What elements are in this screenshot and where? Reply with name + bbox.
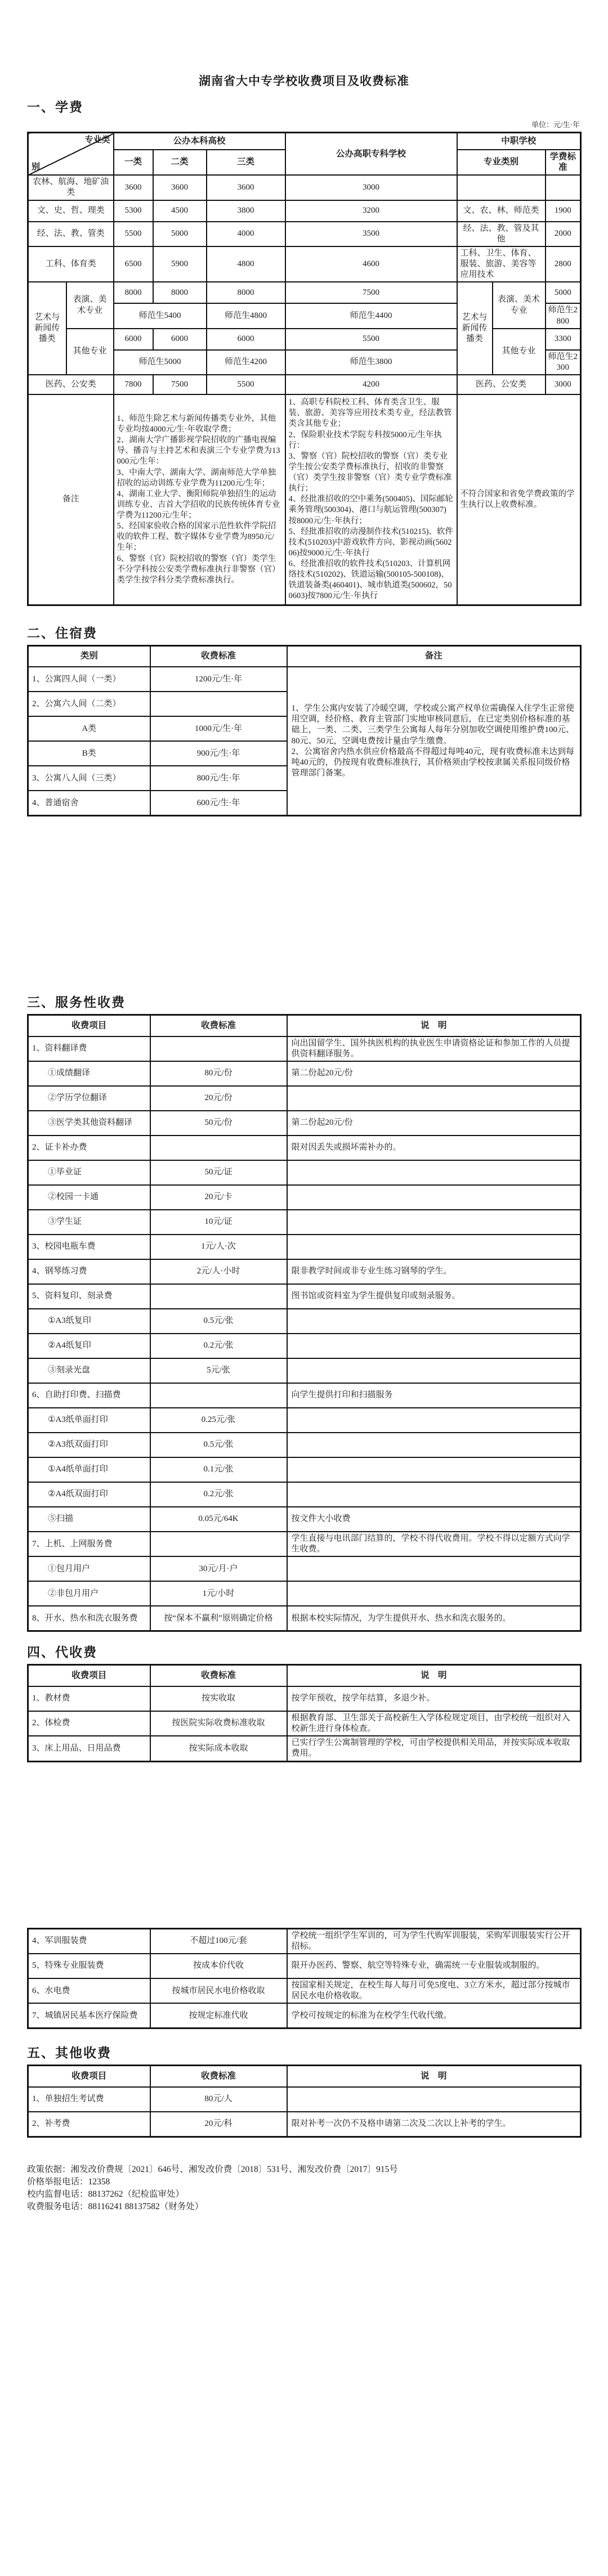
fee-service-line: 收费服务电话：88116241 88137582（财务处） [27,2201,581,2213]
fee-item-label: 5、特殊专业服装费 [28,1954,150,1978]
fee-value: 5500 [114,222,153,246]
fee-note: 向出国留学生、国外执医机构的执业医生申请资格论证和参加工作的人员提供资料翻译服务… [287,1036,581,1061]
fee-standard-value [150,1284,287,1309]
table-row: 6、自助打印费、扫描费向学生提供打印和扫描服务 [28,1383,581,1408]
tuition-table: 专业类 别 公办本科高校 公办高职专科学校 中职学校 一类 二类 三类 专业类别… [27,132,582,606]
table-row: ①A3纸单面打印0.25元/张 [28,1408,581,1433]
column-header-remark: 备注 [287,645,581,667]
section-heading-accommodation: 二、住宿费 [27,623,581,641]
fee-item-label: B类 [28,741,150,766]
fee-value [546,175,581,200]
table-header-row: 收费项目 收费标准 说 明 [28,1665,581,1686]
fee-standard-value: 5元/张 [150,1358,287,1383]
fee-standard-value [150,1532,287,1556]
fee-value: 4000 [207,222,285,246]
fee-value: 1900 [546,200,581,222]
tuition-remark-row: 备注 1、师范生除艺术与新闻传播类专业外，其他专业均按4000元/生·年收取学费… [28,394,581,605]
policy-basis-line: 政策依据：湘发改价费规〔2021〕646号、湘发改价费〔2018〕531号、湘发… [27,2164,581,2176]
fee-standard-value: 0.5元/张 [150,1309,287,1334]
major-sub-label: 其他专业 [66,329,114,375]
fee-item-label: ②A4纸复印 [28,1334,150,1358]
secondary-major-label: 文、农、林、师范类 [457,200,546,222]
table-row: ③医学类其他资料翻译50元/份第二份起20元/份 [28,1111,581,1136]
table-row: ②校园一卡通20元/卡 [28,1185,581,1210]
fee-note: 限非教学时间或非专业生练习钢琴的学生。 [287,1259,581,1284]
fee-note: 限对因丢失或损坏需补办的。 [287,1136,581,1160]
table-row: ②A3纸双面打印0.5元/张 [28,1433,581,1457]
column-header-item: 收费项目 [28,2066,150,2087]
secondary-major-label: 医药、公安类 [457,375,546,394]
fee-standard-value: 不超过100元/套 [150,1928,287,1954]
table-row: ①包月用户30元/月·户 [28,1556,581,1581]
fee-standard-value: 600元/生·年 [150,791,287,816]
fee-item-label: 4、普通宿舍 [28,791,150,816]
major-label: 文、史、哲、理类 [28,200,114,222]
diagonal-header-cell: 专业类 别 [28,133,114,176]
fee-note [287,1160,581,1185]
fee-item-label: 3、校园电瓶车费 [28,1235,150,1259]
fee-value: 4500 [153,200,207,222]
fee-item-label: 4、军训服装费 [28,1928,150,1954]
fee-note [287,1235,581,1259]
fee-note: 限对补考一次仍不及格申请第二次及二次以上补考的学生。 [287,2112,581,2137]
fee-standard-value: 900元/生·年 [150,741,287,766]
table-header-row: 收费项目 收费标准 说 明 [28,1015,581,1036]
fee-item-label: A类 [28,716,150,741]
column-header-category: 类别 [28,645,150,667]
fee-value: 4600 [285,246,457,282]
fee-standard-value: 0.2元/张 [150,1482,287,1507]
table-row: ①A3纸复印0.5元/张 [28,1309,581,1334]
fee-item-label: ①毕业证 [28,1160,150,1185]
secondary-major-group-label: 艺术与新闻传播类 [457,282,493,375]
price-hotline-line: 价格举报电话：12358 [27,2176,581,2188]
fee-value: 8000 [114,282,153,303]
fee-note [287,1185,581,1210]
fee-note: 学生直接与电讯部门结算的，学校不得代收费用。学校不得以定额方式向学生收费。 [287,1532,581,1556]
fee-value: 4200 [285,375,457,394]
fee-item-label: 2、证卡补办费 [28,1136,150,1160]
fee-value: 师范生4200 [207,350,285,375]
fee-item-label: ③学生证 [28,1210,150,1235]
table-row: 工科、体育类 6500 5900 4800 4600 工科、卫生、体育、服装、旅… [28,246,581,282]
fee-note [287,2087,581,2112]
fee-value: 7800 [114,375,153,394]
fee-value: 3500 [285,222,457,246]
fee-value: 师范生3800 [285,350,457,375]
fee-standard-value: 0.1元/张 [150,1457,287,1482]
fee-item-label: 4、钢琴练习费 [28,1259,150,1284]
fee-note: 图书馆或资料室为学生提供复印或刻录服务。 [287,1284,581,1309]
table-row: ①毕业证50元/证 [28,1160,581,1185]
table-row: 5、资料复印、刻录费图书馆或资料室为学生提供复印或刻录服务。 [28,1284,581,1309]
unit-note: 单位：元/生·年 [27,119,580,129]
fee-standard-value: 0.2元/张 [150,1334,287,1358]
fee-standard-value: 按规定标准代收 [150,2003,287,2029]
table-row: 7、城镇居民基本医疗保险费按规定标准代收学校可按规定的标准为在校学生代收代缴。 [28,2003,581,2029]
fee-standard-value: 1200元/生·年 [150,667,287,692]
fee-standard-value: 按医院实际收费标准收取 [150,1711,287,1736]
fee-value: 师范生5400 [114,303,207,328]
fee-value: 8000 [153,282,207,303]
table-row: 1、资料翻译费向出国留学生、国外执医机构的执业医生申请资格论证和参加工作的人员提… [28,1036,581,1061]
fee-item-label: ①包月用户 [28,1556,150,1581]
table-row: ③学生证10元/证 [28,1210,581,1235]
major-label: 农林、航海、地矿油类 [28,175,114,200]
remark-secondary: 不符合国家和省免学费政策的学生执行以上收费标准。 [457,394,581,605]
header-vocational-colleges: 公办高职专科学校 [285,133,457,176]
fee-value: 6000 [153,329,207,350]
fee-value: 师范生2800 [546,303,581,328]
fee-value: 3600 [207,175,285,200]
table-row: ②A4纸复印0.2元/张 [28,1334,581,1358]
table-row: 3、床上用品、日用品费按实际成本收取已实行学生公寓制管理的学校，可由学校提供相关… [28,1736,581,1761]
fee-item-label: ⑤扫描 [28,1507,150,1532]
fee-standard-value: 10元/证 [150,1210,287,1235]
fee-item-label: 3、床上用品、日用品费 [28,1736,150,1761]
fee-value: 3300 [546,329,581,350]
secondary-major-sub-label: 表演、美术专业 [493,282,546,328]
fee-value: 师范生4400 [285,303,457,328]
table-row: 5、特殊专业服装费按成本价代收限开办医药、警察、航空等特殊专业，确需统一专业服装… [28,1954,581,1978]
fee-item-label: 7、城镇居民基本医疗保险费 [28,2003,150,2029]
remark-universities: 1、师范生除艺术与新闻传播类专业外，其他专业均按4000元/生·年收取学费； 2… [114,394,285,605]
column-header-description: 说 明 [287,1665,581,1686]
table-row: 4、钢琴练习费2元/人·小时限非教学时间或非专业生练习钢琴的学生。 [28,1259,581,1284]
fee-standard-value: 20元/份 [150,1086,287,1111]
fee-note: 第二份起20元/份 [287,1111,581,1136]
fee-item-label: ③医学类其他资料翻译 [28,1111,150,1136]
fee-standard-value: 50元/份 [150,1111,287,1136]
fee-value: 3000 [285,175,457,200]
fee-note [287,1408,581,1433]
table-row: 2、证卡补办费限对因丢失或损坏需补办的。 [28,1136,581,1160]
fee-note: 根据本校实际情况，为学生提供开水、热水和洗衣服务的。 [287,1606,581,1631]
table-row: 医药、公安类 7800 7500 5500 4200 医药、公安类 3000 [28,375,581,394]
secondary-major-sub-label: 其他专业 [493,329,546,375]
fee-standard-value [150,692,287,716]
fee-item-label: 6、水电费 [28,1978,150,2003]
fee-note [287,1210,581,1235]
column-header-standard: 收费标准 [150,1015,287,1036]
fee-standard-value [150,1383,287,1408]
header-secondary-major: 专业类别 [457,150,546,176]
fee-item-label: 7、上机、上网服务费 [28,1532,150,1556]
major-label: 经、法、教、管类 [28,222,114,246]
fee-standard-value: 按实际成本收取 [150,1736,287,1761]
column-header-item: 收费项目 [28,1665,150,1686]
service-fees-table: 收费项目 收费标准 说 明 1、资料翻译费向出国留学生、国外执医机构的执业医生申… [27,1014,582,1632]
section-heading-other-fees: 五、其他收费 [27,2043,581,2061]
fee-value: 3000 [546,375,581,394]
fee-item-label: ②A4纸双面打印 [28,1482,150,1507]
fee-note [287,1581,581,1606]
table-header-row: 收费项目 收费标准 说 明 [28,2066,581,2087]
fee-note: 按文件大小收费 [287,1507,581,1532]
fee-value: 5500 [207,375,285,394]
fee-note: 按学年预收，按学年结算，多退少补。 [287,1686,581,1711]
header-class-2: 二类 [153,150,207,176]
table-row: ①成绩翻译80元/份第二份起20元/份 [28,1061,581,1086]
fee-value: 7500 [153,375,207,394]
fee-standard-value: 0.25元/张 [150,1408,287,1433]
fee-item-label: 1、单独招生考试费 [28,2087,150,2112]
document-footer: 政策依据：湘发改价费规〔2021〕646号、湘发改价费〔2018〕531号、湘发… [27,2164,581,2213]
table-row: 6、水电费按城市居民水电价格收取按国家相关规定，在校生每人每月可免5度电、3立方… [28,1978,581,2003]
fee-standard-value: 按实收取 [150,1686,287,1711]
fee-note: 学校统一组织学生军训的，可为学生代购军训服装，采购军训服装实行公开招标。 [287,1928,581,1954]
fee-item-label: ③刻录光盘 [28,1358,150,1383]
fee-value: 3600 [153,175,207,200]
fee-value: 6500 [114,246,153,282]
header-secondary-schools: 中职学校 [457,133,581,150]
table-row: 8、开水、热水和洗衣服务费按“保本不赢利”原则确定价格根据本校实际情况，为学生提… [28,1606,581,1631]
table-row: 艺术与新闻传播类 表演、美术专业 8000 8000 8000 7500 艺术与… [28,282,581,303]
fee-item-label: 6、自助打印费、扫描费 [28,1383,150,1408]
diagonal-header-top: 专业类 [84,135,110,146]
column-header-description: 说 明 [287,2066,581,2087]
fee-value: 3200 [285,200,457,222]
table-row: 2、补考费20元/科限对补考一次仍不及格申请第二次及二次以上补考的学生。 [28,2112,581,2137]
remark-vocational: 1、高职专科院校工科、体育类含卫生、服装、旅游、美容等应用技术类专业，经法教管类… [285,394,457,605]
other-fees-table: 收费项目 收费标准 说 明 1、单独招生考试费80元/人2、补考费20元/科限对… [27,2065,582,2138]
column-header-standard: 收费标准 [150,2066,287,2087]
fee-standard-value: 80元/人 [150,2087,287,2112]
fee-item-label: 8、开水、热水和洗衣服务费 [28,1606,150,1631]
table-row: 农林、航海、地矿油类 3600 3600 3600 3000 [28,175,581,200]
fee-item-label: 1、公寓四人间（一类） [28,667,150,692]
section-heading-service-fees: 三、服务性收费 [27,992,581,1011]
fee-item-label: ②非包月用户 [28,1581,150,1606]
fee-value: 5000 [546,282,581,303]
section-heading-tuition: 一、学费 [27,97,581,115]
table-row: ②非包月用户1元/小时 [28,1581,581,1606]
fee-value: 师范生5000 [114,350,207,375]
secondary-major-label: 经、法、教、管及其他 [457,222,546,246]
fee-standard-value: 800元/生·年 [150,766,287,791]
fee-item-label: 2、体检费 [28,1711,150,1736]
fee-value: 师范生4800 [207,303,285,328]
school-supervision-line: 校内监督电话：88137262（纪检监审处） [27,2188,581,2201]
fee-value: 3800 [207,200,285,222]
fee-standard-value: 0.5元/张 [150,1433,287,1457]
fee-item-label: 3、公寓八人间（三类） [28,766,150,791]
fee-note: 根据教育部、卫生部关于高校新生入学体检规定项目，由学校统一组织对入校新生进行身体… [287,1711,581,1736]
fee-value: 2000 [546,222,581,246]
fee-value: 5300 [114,200,153,222]
column-header-item: 收费项目 [28,1015,150,1036]
fee-item-label: 2、公寓六人间（二类） [28,692,150,716]
table-row: 1、教材费按实收取按学年预收，按学年结算，多退少补。 [28,1686,581,1711]
table-row: ⑤扫描0.05元/64K按文件大小收费 [28,1507,581,1532]
header-class-3: 三类 [207,150,285,176]
fee-value: 3600 [114,175,153,200]
collection-fees-table-part1: 收费项目 收费标准 说 明 1、教材费按实收取按学年预收，按学年结算，多退少补。… [27,1664,582,1762]
fee-note [287,1457,581,1482]
fee-standard-value [150,1136,287,1160]
fee-standard-value: 1元/人·次 [150,1235,287,1259]
fee-standard-value: 20元/科 [150,2112,287,2137]
accommodation-table: 类别 收费标准 备注 1、公寓四人间（一类）1200元/生·年1、学生公寓内安装… [27,645,582,817]
secondary-major-label: 工科、卫生、体育、服装、旅游、美容等应用技术 [457,246,546,282]
secondary-major-label [457,175,546,200]
collection-fees-table-part2: 4、军训服装费不超过100元/套学校统一组织学生军训的，可为学生代购军训服装，采… [27,1928,582,2030]
table-header-row: 类别 收费标准 备注 [28,645,581,667]
fee-value: 6000 [114,329,153,350]
fee-note [287,1358,581,1383]
fee-item-label: ①A3纸复印 [28,1309,150,1334]
table-row: 经、法、教、管类 5500 5000 4000 3500 经、法、教、管及其他 … [28,222,581,246]
fee-value: 2800 [546,246,581,282]
table-row: ②学历学位翻译20元/份 [28,1086,581,1111]
fee-item-label: ①A3纸单面打印 [28,1408,150,1433]
fee-standard-value [150,1036,287,1061]
fee-note: 第二份起20元/份 [287,1061,581,1086]
fee-value: 5500 [285,329,457,350]
fee-value: 8000 [207,282,285,303]
table-row: ②A4纸双面打印0.2元/张 [28,1482,581,1507]
header-secondary-fee: 学费标准 [546,150,581,176]
fee-standard-value: 20元/卡 [150,1185,287,1210]
fee-standard-value: 80元/份 [150,1061,287,1086]
fee-value: 5900 [153,246,207,282]
fee-standard-value: 按“保本不赢利”原则确定价格 [150,1606,287,1631]
fee-note: 限开办医药、警察、航空等特殊专业，确需统一专业服装或制服的。 [287,1954,581,1978]
fee-value: 6000 [207,329,285,350]
fee-value: 师范生2300 [546,350,581,375]
diagonal-header-bottom: 别 [32,162,40,173]
major-group-label: 艺术与新闻传播类 [28,282,66,375]
fee-item-label: 5、资料复印、刻录费 [28,1284,150,1309]
fee-note-merged: 1、学生公寓内安装了冷暖空调，学校或公寓产权单位需确保入住学生正常使用空调，经价… [287,667,581,816]
section-heading-collection-fees: 四、代收费 [27,1642,581,1661]
fee-standard-value: 1000元/生·年 [150,716,287,741]
fee-note: 学校可按规定的标准为在校学生代收代缴。 [287,2003,581,2029]
header-class-1: 一类 [114,150,153,176]
fee-item-label: ①A4纸单面打印 [28,1457,150,1482]
fee-standard-value: 1元/小时 [150,1581,287,1606]
table-row: 4、军训服装费不超过100元/套学校统一组织学生军训的，可为学生代购军训服装，采… [28,1928,581,1954]
fee-item-label: ②A3纸双面打印 [28,1433,150,1457]
fee-item-label: 1、教材费 [28,1686,150,1711]
column-header-description: 说 明 [287,1015,581,1036]
column-header-standard: 收费标准 [150,645,287,667]
fee-standard-value: 2元/人·小时 [150,1259,287,1284]
fee-standard-value: 30元/月·户 [150,1556,287,1581]
table-row: 2、体检费按医院实际收费标准收取根据教育部、卫生部关于高校新生入学体检规定项目，… [28,1711,581,1736]
table-row: ①A4纸单面打印0.1元/张 [28,1457,581,1482]
fee-note [287,1086,581,1111]
table-row: 7、上机、上网服务费学生直接与电讯部门结算的，学校不得代收费用。学校不得以定额方… [28,1532,581,1556]
fee-standard-value: 按成本价代收 [150,1954,287,1978]
fee-note [287,1334,581,1358]
table-row: 1、单独招生考试费80元/人 [28,2087,581,2112]
fee-value: 4800 [207,246,285,282]
fee-item-label: 2、补考费 [28,2112,150,2137]
fee-note: 向学生提供打印和扫描服务 [287,1383,581,1408]
fee-note: 按国家相关规定，在校生每人每月可免5度电、3立方米水，超过部分按城市居民水电价格… [287,1978,581,2003]
fee-note [287,1309,581,1334]
table-row: 1、公寓四人间（一类）1200元/生·年1、学生公寓内安装了冷暖空调，学校或公寓… [28,667,581,692]
fee-standard-value: 0.05元/64K [150,1507,287,1532]
major-label: 工科、体育类 [28,246,114,282]
table-row: 文、史、哲、理类 5300 4500 3800 3200 文、农、林、师范类 1… [28,200,581,222]
table-row: 3、校园电瓶车费1元/人·次 [28,1235,581,1259]
column-header-standard: 收费标准 [150,1665,287,1686]
remark-label: 备注 [28,394,114,605]
table-row: 其他专业 6000 6000 6000 5500 其他专业 3300 [28,329,581,350]
fee-item-label: ①成绩翻译 [28,1061,150,1086]
table-row: ③刻录光盘5元/张 [28,1358,581,1383]
major-sub-label: 表演、美术专业 [66,282,114,328]
tuition-header-row-1: 专业类 别 公办本科高校 公办高职专科学校 中职学校 [28,133,581,150]
document-page: 湖南省大中专学校收费项目及收费标准 一、学费 单位：元/生·年 专业类 别 公办… [0,0,608,2213]
fee-value: 7500 [285,282,457,303]
page-title: 湖南省大中专学校收费项目及收费标准 [27,72,581,89]
fee-standard-value: 按城市居民水电价格收取 [150,1978,287,2003]
fee-item-label: ②校园一卡通 [28,1185,150,1210]
header-public-universities: 公办本科高校 [114,133,285,150]
fee-note [287,1482,581,1507]
major-label: 医药、公安类 [28,375,114,394]
fee-item-label: ②学历学位翻译 [28,1086,150,1111]
fee-value: 5000 [153,222,207,246]
fee-note [287,1433,581,1457]
fee-note [287,1556,581,1581]
fee-note: 已实行学生公寓制管理的学校，可由学校提供相关用品，并按实际成本收取费用。 [287,1736,581,1761]
fee-item-label: 1、资料翻译费 [28,1036,150,1061]
fee-standard-value: 50元/证 [150,1160,287,1185]
